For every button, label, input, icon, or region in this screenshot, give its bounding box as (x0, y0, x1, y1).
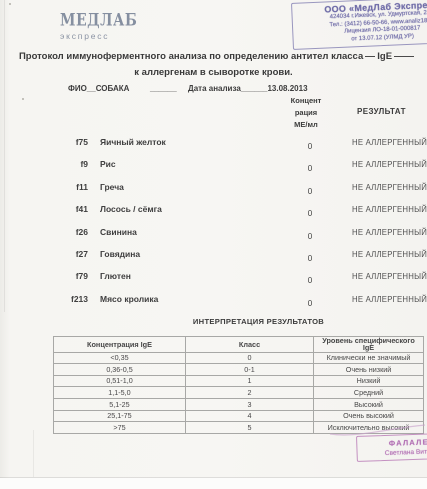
allergen-name: Мясо кролика (100, 294, 158, 304)
allergen-row: f75Яичный желток0НЕ АЛЛЕРГЕННЫЙ (0, 134, 427, 156)
allergen-result: НЕ АЛЛЕРГЕННЫЙ (352, 183, 427, 192)
interpretation-row: 1,1-5,02Средний (54, 387, 424, 399)
document-title-text: Протокол иммуноферментного анализа по оп… (19, 51, 363, 62)
patient-name-field: ФИО__СОБАКА (68, 84, 129, 93)
allergen-name: Глютен (100, 271, 131, 281)
concentration-header-line: рация (282, 107, 330, 119)
interpretation-cell: 5,1-25 (54, 398, 186, 410)
interpretation-cell: Высокий (314, 398, 424, 410)
medlab-logo: МЕДЛАБ экспресс (60, 11, 137, 41)
analysis-date-field: Дата анализа______13.08.2013 (188, 84, 308, 93)
interpretation-header-cell: Класс (186, 337, 314, 353)
allergen-code: f75 (52, 137, 88, 147)
allergen-result: НЕ АЛЛЕРГЕННЫЙ (352, 138, 427, 147)
interpretation-cell: 1 (186, 375, 314, 387)
interpretation-row: <0,350Клинически не значимый (54, 352, 424, 364)
scan-edge-artifact (33, 430, 34, 477)
document-title-line2: к аллергенам в сыворотке крови. (0, 67, 427, 78)
allergen-row: f79Глютен0НЕ АЛЛЕРГЕННЫЙ (0, 268, 427, 290)
interpretation-row: 5,1-253Высокий (54, 398, 424, 410)
allergen-result: НЕ АЛЛЕРГЕННЫЙ (352, 160, 427, 169)
allergen-concentration: 0 (296, 164, 324, 173)
interpretation-cell: 4 (186, 410, 314, 422)
concentration-header-units: МЕ/мл (282, 119, 330, 131)
title-dash (365, 56, 375, 57)
interpretation-cell: Клинически не значимый (314, 352, 424, 364)
allergen-code: f9 (52, 159, 88, 169)
allergen-concentration: 0 (296, 232, 324, 241)
scan-speck (22, 98, 24, 100)
allergen-concentration: 0 (296, 276, 324, 285)
allergen-row: f27Говядина0НЕ АЛЛЕРГЕННЫЙ (0, 246, 427, 268)
allergen-result: НЕ АЛЛЕРГЕННЫЙ (352, 272, 427, 281)
interpretation-cell: Очень низкий (314, 364, 424, 376)
title-dash (394, 56, 414, 57)
company-stamp: ООО «МедЛаб Экспресс 424034 г.Ижевск, ул… (291, 0, 427, 50)
allergen-concentration: 0 (296, 209, 324, 218)
allergen-name: Рис (100, 159, 116, 169)
allergen-code: f213 (52, 294, 88, 304)
allergen-row: f11Греча0НЕ АЛЛЕРГЕННЫЙ (0, 179, 427, 201)
interpretation-cell: <0,35 (54, 352, 186, 364)
interpretation-row: 0,51-1,01Низкий (54, 375, 424, 387)
interpretation-cell: Низкий (314, 375, 424, 387)
allergen-name: Греча (100, 182, 124, 192)
allergen-concentration: 0 (296, 254, 324, 263)
allergen-result: НЕ АЛЛЕРГЕННЫЙ (352, 250, 427, 259)
allergen-name: Говядина (100, 249, 140, 259)
interpretation-cell: 2 (186, 387, 314, 399)
allergen-row: f9Рис0НЕ АЛЛЕРГЕННЫЙ (0, 156, 427, 178)
blank-underline: ______ (150, 84, 177, 93)
interpretation-cell: >75 (54, 422, 186, 434)
allergen-result: НЕ АЛЛЕРГЕННЫЙ (352, 295, 427, 304)
interpretation-cell: 0,36-0,5 (54, 364, 186, 376)
document-title-line1: Протокол иммуноферментного анализа по оп… (0, 51, 427, 62)
doctor-name-stamp: ФАЛАЛЕЕВА Светлана Витальевна (356, 432, 427, 462)
interpretation-title: ИНТЕРПРЕТАЦИЯ РЕЗУЛЬТАТОВ (90, 317, 427, 326)
interpretation-cell: 1,1-5,0 (54, 387, 186, 399)
concentration-column-header: Концент рация МЕ/мл (282, 95, 330, 130)
allergen-row: f41Лосось / сёмга0НЕ АЛЛЕРГЕННЫЙ (0, 201, 427, 223)
interpretation-cell: 5 (186, 422, 314, 434)
interpretation-header-cell: Концентрация IgE (54, 337, 186, 353)
allergen-name: Яичный желток (100, 137, 166, 147)
allergen-row: f213Мясо кролика0НЕ АЛЛЕРГЕННЫЙ (0, 291, 427, 313)
interpretation-cell: 25,1-75 (54, 410, 186, 422)
interpretation-cell: 0-1 (186, 364, 314, 376)
scan-bottom-margin (0, 478, 427, 489)
allergen-result: НЕ АЛЛЕРГЕННЫЙ (352, 205, 427, 214)
allergen-code: f26 (52, 227, 88, 237)
interpretation-header-cell: Уровень специфического IgE (314, 337, 424, 353)
allergen-concentration: 0 (296, 299, 324, 308)
results-rows: f75Яичный желток0НЕ АЛЛЕРГЕННЫЙf9Рис0НЕ … (0, 134, 427, 313)
allergen-code: f79 (52, 271, 88, 281)
allergen-result: НЕ АЛЛЕРГЕННЫЙ (352, 228, 427, 237)
interpretation-cell: 0,51-1,0 (54, 375, 186, 387)
allergen-code: f11 (52, 182, 88, 192)
scan-speck (9, 3, 11, 5)
ige-class-label: IgE (377, 51, 392, 62)
concentration-header-line: Концент (282, 95, 330, 107)
interpretation-cell: 3 (186, 398, 314, 410)
scanned-lab-report: МЕДЛАБ экспресс ООО «МедЛаб Экспресс 424… (0, 0, 427, 489)
result-column-header: РЕЗУЛЬТАТ (357, 107, 406, 116)
allergen-name: Лосось / сёмга (100, 204, 162, 214)
allergen-code: f27 (52, 249, 88, 259)
medlab-logo-text: МЕДЛАБ (60, 11, 137, 31)
allergen-concentration: 0 (296, 187, 324, 196)
doctor-surname: ФАЛАЛЕЕВА (359, 436, 427, 449)
interpretation-header-row: Концентрация IgEКлассУровень специфическ… (54, 337, 424, 353)
medlab-logo-subtitle: экспресс (60, 31, 137, 41)
interpretation-cell: 0 (186, 352, 314, 364)
allergen-concentration: 0 (296, 142, 324, 151)
allergen-code: f41 (52, 204, 88, 214)
interpretation-cell: Средний (314, 387, 424, 399)
interpretation-row: 0,36-0,50-1Очень низкий (54, 364, 424, 376)
allergen-name: Свинина (100, 227, 137, 237)
allergen-row: f26Свинина0НЕ АЛЛЕРГЕННЫЙ (0, 224, 427, 246)
